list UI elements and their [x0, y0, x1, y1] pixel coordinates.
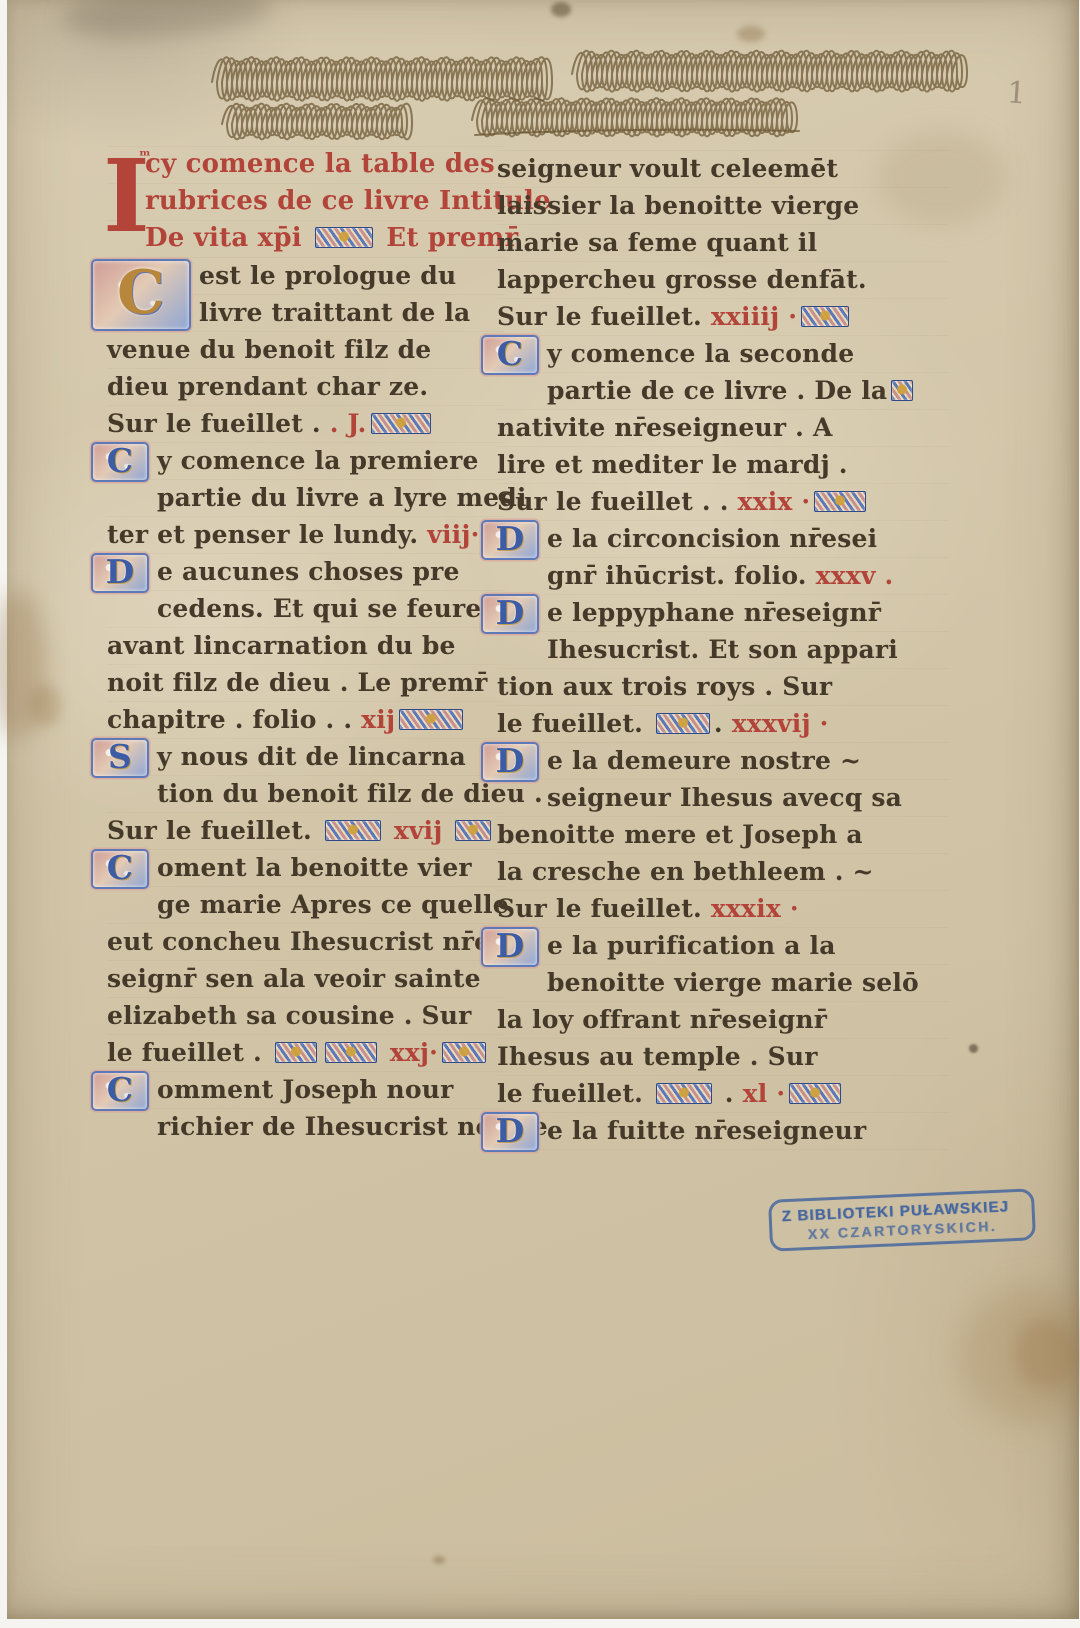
folio-number: xij [361, 705, 395, 734]
text-line: ter et penser le lundy. viij· [107, 516, 505, 553]
toc-entry: De la circoncision nr̄eseignr̄ ihūcrist.… [497, 520, 949, 594]
text-line: omment Joseph nour [107, 1071, 505, 1108]
text-line: y comence la seconde [497, 335, 949, 372]
text-line: cy comence la table des [107, 146, 505, 183]
text-run: e la purification a la [547, 931, 836, 960]
line-filler-ornament [801, 306, 849, 327]
line-filler-ornament [325, 820, 381, 841]
text-run: dieu prendant char ze. [107, 372, 428, 401]
text-line: elizabeth sa cousine . Sur [107, 997, 505, 1034]
text-run: Sur le fueillet. [497, 894, 711, 923]
text-line: seigneur voult celeemēt [497, 150, 949, 187]
text-line: Sur le fueillet . . xxix · [497, 483, 949, 520]
illuminated-initial: C [481, 335, 539, 375]
text-run: Ihesus au temple . Sur [497, 1042, 818, 1071]
text-line: le fueillet. . xxxvij · [497, 705, 949, 742]
toc-entry: Cest le prologue dulivre traittant de la… [107, 257, 505, 442]
text-run: ge marie Apres ce quelle [157, 890, 509, 919]
line-filler-ornament [399, 709, 463, 730]
folio-number: xxj· [381, 1038, 438, 1067]
text-run: le fueillet. [497, 709, 652, 738]
text-run: Sur le fueillet . . [497, 487, 738, 516]
text-line: avant lincarnation du be [107, 627, 505, 664]
illuminated-initial: D [481, 927, 539, 967]
folio-number: xl · [743, 1079, 786, 1108]
scribble-stroke [212, 57, 552, 101]
illuminated-initial: D [481, 520, 539, 560]
text-run: Sur le fueillet . [107, 409, 330, 438]
text-run: y comence la premiere [157, 446, 479, 475]
text-line: dieu prendant char ze. [107, 368, 505, 405]
folio-number: cy comence la table des [145, 149, 495, 179]
illuminated-initial: D [91, 553, 149, 593]
text-run: ter et penser le lundy. [107, 520, 427, 549]
text-run: avant lincarnation du be [107, 631, 456, 660]
text-run: omment Joseph nour [157, 1075, 454, 1104]
text-run: noit filz de dieu . Le premr̄ [107, 668, 487, 697]
text-line: tion du benoit filz de dieu . [107, 775, 505, 812]
text-line: eut concheu Ihesucrist nr̄e [107, 923, 505, 960]
text-line: oment la benoitte vier [107, 849, 505, 886]
library-stamp: Z BIBLIOTEKI PUŁAWSKIEJ XX CZARTORYSKICH… [768, 1188, 1036, 1252]
text-run: cedens. Et qui se feurent [157, 594, 512, 623]
text-run: partie de ce livre . De la [547, 376, 887, 405]
text-run: venue du benoit filz de [107, 335, 431, 364]
text-line: le fueillet. . xl · [497, 1075, 949, 1112]
text-run: le fueillet . [107, 1038, 271, 1067]
folio-number: . J. [330, 409, 367, 438]
text-line: Sur le fueillet . . J. [107, 405, 505, 442]
toc-entry: seigneur voult celeemētlaissier la benoi… [497, 150, 949, 335]
text-line: y nous dit de lincarna [107, 738, 505, 775]
text-run: e la fuitte nr̄eseigneur [547, 1116, 866, 1145]
folio-number: De vita xp̄i [145, 223, 311, 253]
toc-entry: Coment la benoitte vierge marie Apres ce… [107, 849, 505, 1071]
ink-speck [969, 1044, 978, 1053]
line-filler-ornament [455, 820, 491, 841]
text-line: Ihesus au temple . Sur [497, 1038, 949, 1075]
stain [737, 26, 765, 42]
illuminated-initial: D [481, 742, 539, 782]
toc-entry: De la purification a labenoitte vierge m… [497, 927, 949, 1112]
text-run: Ihesucrist. Et son appari [547, 635, 898, 664]
text-line: marie sa feme quant il [497, 224, 949, 261]
illuminated-initial: C [91, 1071, 149, 1111]
text-run: . [714, 709, 732, 738]
line-filler-ornament [789, 1083, 841, 1104]
text-run: e la circoncision nr̄esei [547, 524, 877, 553]
text-run: y comence la seconde [547, 339, 854, 368]
text-line: laissier la benoitte vierge [497, 187, 949, 224]
toc-entry: De la fuitte nr̄eseigneur [497, 1112, 949, 1149]
stain [0, 590, 47, 740]
text-line: e leppyphane nr̄eseignr̄ [497, 594, 949, 631]
line-filler-ornament [315, 227, 373, 248]
text-run: chapitre . folio . . [107, 705, 361, 734]
text-run: seignr̄ sen ala veoir sainte [107, 964, 481, 993]
line-filler-ornament [656, 1083, 712, 1104]
text-run: marie sa feme quant il [497, 228, 817, 257]
fold-shadow [61, 0, 274, 43]
text-line: cedens. Et qui se feurent [107, 590, 505, 627]
text-line: e la purification a la [497, 927, 949, 964]
illuminated-initial: D [481, 594, 539, 634]
scribble-stroke [475, 130, 799, 135]
text-run: laissier la benoitte vierge [497, 191, 859, 220]
text-run: seigneur voult celeemēt [497, 154, 838, 183]
pencil-folio-number: 1 [1006, 75, 1027, 111]
text-line: Sur le fueillet. xvij [107, 812, 505, 849]
ink-speck [433, 1556, 445, 1564]
text-line: ge marie Apres ce quelle [107, 886, 505, 923]
toc-column-left: Iᵐcy comence la table desrubrices de ce … [107, 146, 505, 1145]
text-line: e la demeure nostre ~ [497, 742, 949, 779]
text-run: . [716, 1079, 743, 1108]
folio-number: rubrices de ce livre Intitule [145, 186, 551, 216]
text-run: partie du livre a lyre medi [157, 483, 527, 512]
text-run: oment la benoitte vier [157, 853, 472, 882]
text-run: e aucunes choses pre [157, 557, 460, 586]
text-line: le fueillet . xxj· [107, 1034, 505, 1071]
text-line: rubrices de ce livre Intitule [107, 183, 505, 220]
text-run: e leppyphane nr̄eseignr̄ [547, 598, 881, 627]
text-line: Sur le fueillet. xxxix · [497, 890, 949, 927]
text-line: seignr̄ sen ala veoir sainte [107, 960, 505, 997]
folio-number: viij· [427, 520, 479, 549]
text-run: livre traittant de la [199, 298, 470, 327]
toc-entry: Cy comence la secondepartie de ce livre … [497, 335, 949, 520]
folio-number: xxxv . [816, 561, 894, 590]
text-run: seigneur Ihesus avecq sa [547, 783, 902, 812]
line-filler-ornament [325, 1042, 377, 1063]
text-line: e la fuitte nr̄eseigneur [497, 1112, 949, 1149]
text-run: eut concheu Ihesucrist nr̄e [107, 927, 490, 956]
text-line: lappercheu grosse denfāt. [497, 261, 949, 298]
text-line: partie du livre a lyre medi [107, 479, 505, 516]
line-filler-ornament [275, 1042, 317, 1063]
text-line: tion aux trois roys . Sur [497, 668, 949, 705]
text-run: benoitte vierge marie selō [547, 968, 919, 997]
text-line: la loy offrant nr̄eseignr̄ [497, 1001, 949, 1038]
text-line: partie de ce livre . De la [497, 372, 949, 409]
toc-entry: De aucunes choses precedens. Et qui se f… [107, 553, 505, 738]
text-line: la cresche en bethleem . ~ [497, 853, 949, 890]
text-line: De vita xp̄i Et premr̄ [107, 220, 505, 257]
toc-entry: Sy nous dit de lincarnation du benoit fi… [107, 738, 505, 849]
text-line: Ihesucrist. Et son appari [497, 631, 949, 668]
scribble-stroke [572, 51, 967, 92]
text-run: est le prologue du [199, 261, 456, 290]
text-run: la loy offrant nr̄eseignr̄ [497, 1005, 827, 1034]
manuscript-page: Iᵐcy comence la table desrubrices de ce … [7, 0, 1079, 1619]
toc-entry: De leppyphane nr̄eseignr̄Ihesucrist. Et … [497, 594, 949, 742]
text-line: chapitre . folio . . xij [107, 701, 505, 738]
line-filler-ornament [814, 491, 866, 512]
text-run: y nous dit de lincarna [157, 742, 466, 771]
text-run: lire et mediter le mardj . [497, 450, 848, 479]
toc-entry: Comment Joseph nourrichier de Ihesucrist… [107, 1071, 505, 1145]
text-line: y comence la premiere [107, 442, 505, 479]
text-line: venue du benoit filz de [107, 331, 505, 368]
text-line: gnr̄ ihūcrist. folio. xxxv . [497, 557, 949, 594]
illuminated-initial: C [91, 849, 149, 889]
text-line: seigneur Ihesus avecq sa [497, 779, 949, 816]
folio-number: xxxvij · [732, 709, 829, 738]
text-run: Sur le fueillet. [497, 302, 711, 331]
illuminated-initial: C [91, 442, 149, 482]
text-run: gnr̄ ihūcrist. folio. [547, 561, 816, 590]
text-line: e aucunes choses pre [107, 553, 505, 590]
text-run: Sur le fueillet. [107, 816, 321, 845]
stain [1015, 1318, 1077, 1390]
text-line: nativite nr̄eseigneur . A [497, 409, 949, 446]
text-run: la cresche en bethleem . ~ [497, 857, 874, 886]
text-line: e la circoncision nr̄esei [497, 520, 949, 557]
illuminated-initial: Iᵐ [103, 150, 139, 254]
text-run: nativite nr̄eseigneur . A [497, 413, 833, 442]
folio-number: xvij [385, 816, 452, 845]
folio-number: xxiiij · [711, 302, 797, 331]
folio-number: xxxix · [711, 894, 799, 923]
text-run: elizabeth sa cousine . Sur [107, 1001, 472, 1030]
toc-column-right: seigneur voult celeemētlaissier la benoi… [497, 150, 949, 1152]
text-run: benoitte mere et Joseph a [497, 820, 863, 849]
folio-number: xxix · [738, 487, 811, 516]
toc-entry: De la demeure nostre ~seigneur Ihesus av… [497, 742, 949, 927]
toc-entry: Cy comence la premierepartie du livre a … [107, 442, 505, 553]
text-line: Sur le fueillet. xxiiij · [497, 298, 949, 335]
line-filler-ornament [371, 413, 431, 434]
rubric-heading: Iᵐcy comence la table desrubrices de ce … [107, 146, 505, 257]
line-filler-ornament [891, 380, 913, 401]
text-line: benoitte vierge marie selō [497, 964, 949, 1001]
text-line: lire et mediter le mardj . [497, 446, 949, 483]
text-line: richier de Ihesucrist nostre [107, 1108, 505, 1145]
illuminated-initial: D [481, 1112, 539, 1152]
text-line: benoitte mere et Joseph a [497, 816, 949, 853]
scribble-stroke [472, 98, 797, 136]
text-run: le fueillet. [497, 1079, 652, 1108]
illuminated-initial: S [91, 738, 149, 778]
text-run: lappercheu grosse denfāt. [497, 265, 867, 294]
stain [551, 2, 571, 17]
line-filler-ornament [656, 713, 710, 734]
text-line: noit filz de dieu . Le premr̄ [107, 664, 505, 701]
scribble-stroke [222, 104, 412, 140]
illuminated-initial: C [91, 259, 191, 331]
text-run: tion du benoit filz de dieu . [157, 779, 543, 808]
line-filler-ornament [442, 1042, 486, 1063]
text-run: e la demeure nostre ~ [547, 746, 861, 775]
stain [959, 1285, 1080, 1425]
initial-abbreviation-mark: ᵐ [139, 148, 151, 164]
stain [29, 685, 61, 727]
text-run: tion aux trois roys . Sur [497, 672, 832, 701]
